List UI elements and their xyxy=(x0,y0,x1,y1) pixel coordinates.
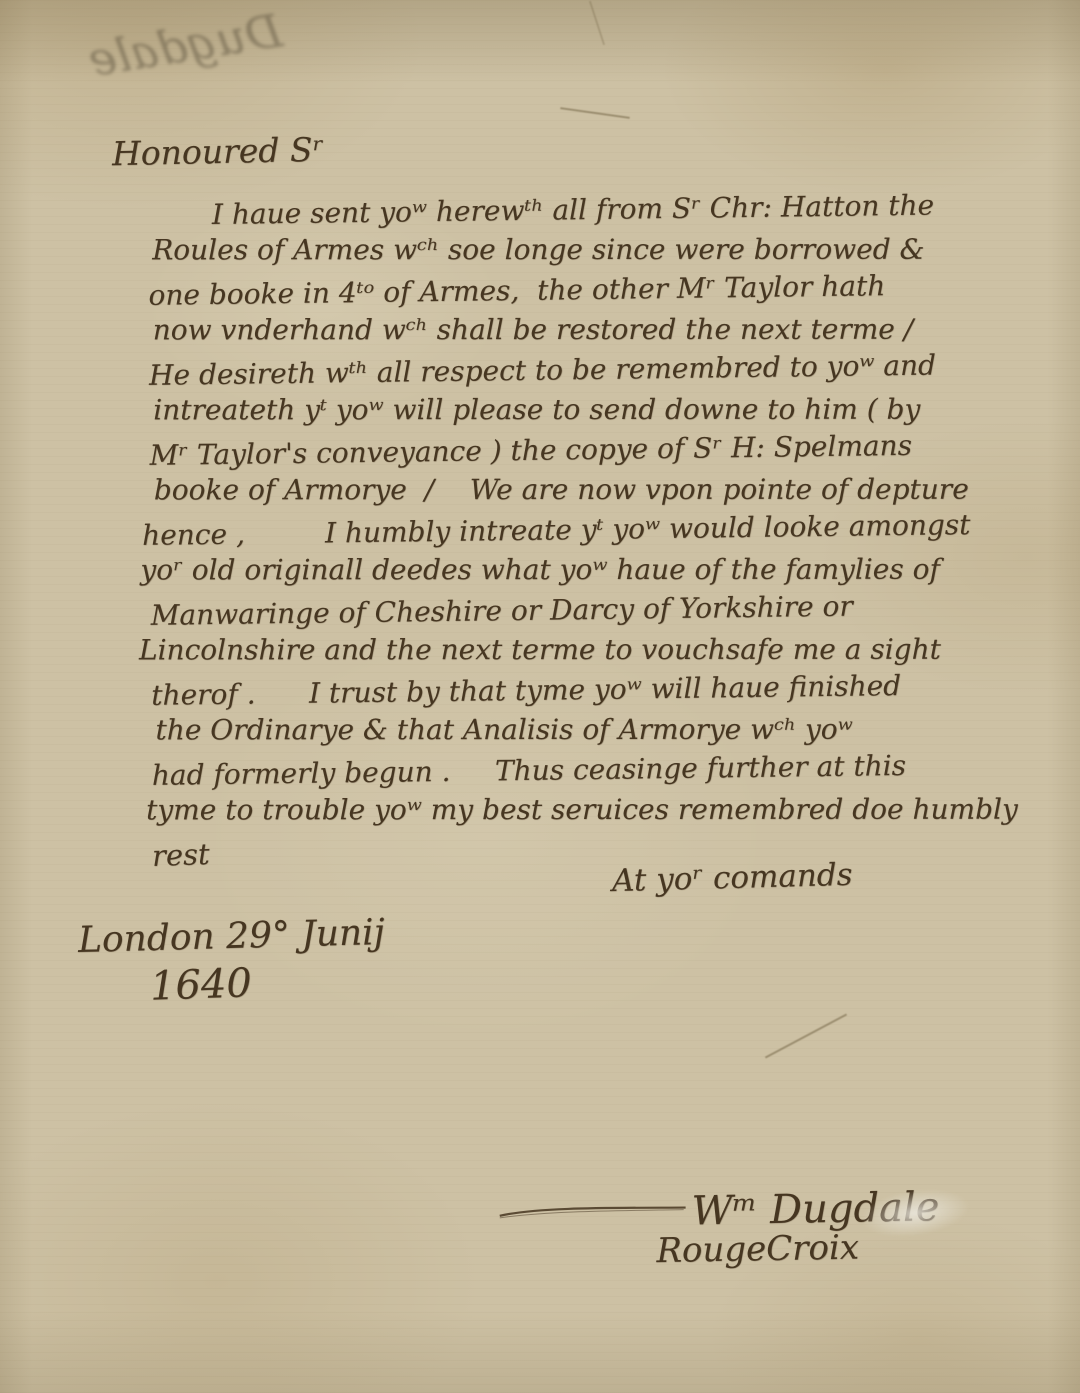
body-line: Mʳ Taylor's conveyance ) the copye of Sʳ… xyxy=(149,424,1039,476)
ink-show-through-mark: Dugdale xyxy=(85,3,286,87)
valediction: At yoʳ comands xyxy=(612,857,853,899)
body-line: Roules of Armes wᶜʰ soe longe since were… xyxy=(152,230,1038,271)
body-line: had formerly begun . Thus ceasinge furth… xyxy=(152,744,1042,796)
letter-body: I haue sent yoʷ herewᵗʰ all from Sʳ Chr:… xyxy=(148,187,1042,833)
body-line: Manwaringe of Cheshire or Darcy of Yorks… xyxy=(150,584,1040,636)
body-line: booke of Armorye / We are now vpon point… xyxy=(154,470,1040,511)
body-line: therof . I trust by that tyme yoʷ will h… xyxy=(151,664,1041,716)
body-line: Lincolnshire and the next terme to vouch… xyxy=(139,630,1041,671)
scratch-mark xyxy=(560,107,630,119)
body-line: intreateth yᵗ yoʷ will please to send do… xyxy=(153,390,1039,431)
salutation: Honoured Sʳ xyxy=(112,130,325,173)
body-line: hence , I humbly intreate yᵗ yoʷ would l… xyxy=(142,504,1040,556)
body-line: He desireth wᵗʰ all respect to be rememb… xyxy=(149,344,1039,396)
dateline-year: 1640 xyxy=(149,960,252,1010)
dateline-place: London 29° Junij xyxy=(78,912,386,961)
signature-flourish-stroke xyxy=(497,1195,687,1222)
body-line: tyme to trouble yoʷ my best seruices rem… xyxy=(146,790,1042,831)
scratch-mark xyxy=(765,1014,847,1059)
body-line: the Ordinarye & that Analisis of Armorye… xyxy=(156,710,1042,751)
body-line: one booke in 4ᵗᵒ of Armes, the other Mʳ … xyxy=(148,264,1038,316)
crease-mark xyxy=(589,1,605,45)
body-line: yoʳ old originall deedes what yoʷ haue o… xyxy=(140,550,1040,591)
body-line: I haue sent yoʷ herewᵗʰ all from Sʳ Chr:… xyxy=(148,184,1038,236)
body-line: now vnderhand wᶜʰ shall be restored the … xyxy=(153,310,1039,351)
manuscript-letter-page: Dugdale Honoured Sʳ I haue sent yoʷ here… xyxy=(0,0,1080,1393)
closing-rest: rest xyxy=(151,837,210,873)
